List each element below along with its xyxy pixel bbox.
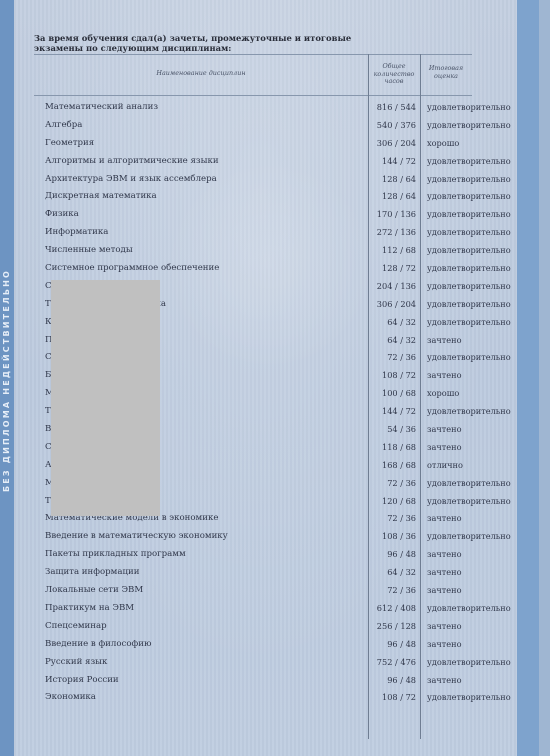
hours-value: 306 / 204: [370, 299, 416, 309]
grade-value: зачтено: [427, 675, 462, 685]
hours-value: 72 / 36: [370, 478, 416, 488]
table-row: Физика170 / 136удовлетворительно: [0, 206, 550, 224]
table-header-border: [34, 95, 472, 96]
hours-value: 204 / 136: [370, 281, 416, 291]
hours-value: 128 / 64: [370, 191, 416, 201]
hours-value: 540 / 376: [370, 120, 416, 130]
discipline-name: Информатика: [45, 227, 108, 237]
grade-value: зачтено: [427, 585, 462, 595]
table-row: Алгоритмы и алгоритмические языки144 / 7…: [0, 153, 550, 171]
table-row: Экономика108 / 72удовлетворительно: [0, 689, 550, 707]
table-row: Системное программное обеспечение128 / 7…: [0, 260, 550, 278]
table-row: Информатика272 / 136удовлетворительно: [0, 224, 550, 242]
hours-value: 118 / 68: [370, 442, 416, 452]
header-discipline: Наименование дисциплин: [34, 70, 368, 78]
table-row: Математический анализ816 / 544удовлетвор…: [0, 99, 550, 117]
grade-value: удовлетворительно: [427, 657, 511, 667]
header-grade: Итоговая оценка: [420, 65, 472, 80]
hours-value: 112 / 68: [370, 245, 416, 255]
grade-value: удовлетворительно: [427, 496, 511, 506]
hours-value: 168 / 68: [370, 460, 416, 470]
hours-value: 72 / 36: [370, 585, 416, 595]
discipline-name: Системное программное обеспечение: [45, 263, 219, 273]
grade-value: удовлетворительно: [427, 120, 511, 130]
hours-value: 100 / 68: [370, 388, 416, 398]
grade-value: удовлетворительно: [427, 692, 511, 702]
table-row: Русский язык752 / 476удовлетворительно: [0, 654, 550, 672]
hours-value: 816 / 544: [370, 102, 416, 112]
hours-value: 96 / 48: [370, 639, 416, 649]
table-row: Спецсеминар256 / 128зачтено: [0, 618, 550, 636]
discipline-name: Алгебра: [45, 120, 82, 130]
hours-value: 144 / 72: [370, 406, 416, 416]
grade-value: удовлетворительно: [427, 352, 511, 362]
discipline-name: Численные методы: [45, 245, 133, 255]
grade-value: отлично: [427, 460, 463, 470]
hours-value: 108 / 72: [370, 370, 416, 380]
hours-value: 144 / 72: [370, 156, 416, 166]
discipline-name: Физика: [45, 209, 79, 219]
discipline-name: Спецсеминар: [45, 621, 107, 631]
grade-value: зачтено: [427, 639, 462, 649]
hours-value: 64 / 32: [370, 317, 416, 327]
hours-value: 752 / 476: [370, 657, 416, 667]
intro-text: За время обучения сдал(а) зачеты, промеж…: [34, 33, 364, 53]
discipline-name: Т: [45, 496, 51, 506]
grade-value: удовлетворительно: [427, 227, 511, 237]
grade-value: удовлетворительно: [427, 478, 511, 488]
grade-value: удовлетворительно: [427, 603, 511, 613]
hours-value: 108 / 36: [370, 531, 416, 541]
hours-value: 64 / 32: [370, 335, 416, 345]
grade-value: зачтено: [427, 621, 462, 631]
table-row: Введение в математическую экономику108 /…: [0, 528, 550, 546]
hours-value: 96 / 48: [370, 675, 416, 685]
header-hours: Общее количество часов: [368, 63, 420, 86]
hours-value: 108 / 72: [370, 692, 416, 702]
discipline-name: Архитектура ЭВМ и язык ассемблера: [45, 174, 217, 184]
discipline-name: Математический анализ: [45, 102, 158, 112]
hours-value: 170 / 136: [370, 209, 416, 219]
table-row: Введение в философию96 / 48зачтено: [0, 636, 550, 654]
table-row: Архитектура ЭВМ и язык ассемблера128 / 6…: [0, 171, 550, 189]
hours-value: 272 / 136: [370, 227, 416, 237]
hours-value: 72 / 36: [370, 513, 416, 523]
grade-value: удовлетворительно: [427, 156, 511, 166]
grade-value: удовлетворительно: [427, 317, 511, 327]
hours-value: 96 / 48: [370, 549, 416, 559]
discipline-name: Введение в философию: [45, 639, 151, 649]
grade-value: удовлетворительно: [427, 531, 511, 541]
grade-value: зачтено: [427, 549, 462, 559]
discipline-name: Алгоритмы и алгоритмические языки: [45, 156, 219, 166]
grade-value: удовлетворительно: [427, 174, 511, 184]
grade-value: зачтено: [427, 370, 462, 380]
table-row: Дискретная математика128 / 64удовлетвори…: [0, 188, 550, 206]
discipline-name: Экономика: [45, 692, 96, 702]
grade-value: удовлетворительно: [427, 209, 511, 219]
grade-value: удовлетворительно: [427, 102, 511, 112]
hours-value: 128 / 64: [370, 174, 416, 184]
grade-value: зачтено: [427, 442, 462, 452]
grade-value: хорошо: [427, 138, 459, 148]
grade-value: зачтено: [427, 424, 462, 434]
grade-value: удовлетворительно: [427, 406, 511, 416]
hours-value: 128 / 72: [370, 263, 416, 273]
hours-value: 72 / 36: [370, 352, 416, 362]
grade-value: зачтено: [427, 567, 462, 577]
table-top-border: [34, 54, 472, 55]
grade-value: удовлетворительно: [427, 191, 511, 201]
discipline-name: Практикум на ЭВМ: [45, 603, 134, 613]
hours-value: 54 / 36: [370, 424, 416, 434]
table-row: История России96 / 48зачтено: [0, 672, 550, 690]
hours-value: 120 / 68: [370, 496, 416, 506]
hours-value: 612 / 408: [370, 603, 416, 613]
grade-value: удовлетворительно: [427, 281, 511, 291]
discipline-name: История России: [45, 675, 119, 685]
hours-value: 64 / 32: [370, 567, 416, 577]
table-row: Численные методы112 / 68удовлетворительн…: [0, 242, 550, 260]
grade-value: зачтено: [427, 513, 462, 523]
hours-value: 306 / 204: [370, 138, 416, 148]
discipline-name: Введение в математическую экономику: [45, 531, 228, 541]
grade-value: удовлетворительно: [427, 263, 511, 273]
table-row: Защита информации64 / 32зачтено: [0, 564, 550, 582]
discipline-name: Локальные сети ЭВМ: [45, 585, 143, 595]
discipline-name: Пакеты прикладных программ: [45, 549, 186, 559]
table-row: Пакеты прикладных программ96 / 48зачтено: [0, 546, 550, 564]
table-row: Практикум на ЭВМ612 / 408удовлетворитель…: [0, 600, 550, 618]
grade-value: удовлетворительно: [427, 245, 511, 255]
table-row: Алгебра540 / 376удовлетворительно: [0, 117, 550, 135]
grade-value: удовлетворительно: [427, 299, 511, 309]
table-row: Локальные сети ЭВМ72 / 36зачтено: [0, 582, 550, 600]
table-row: Геометрия306 / 204хорошо: [0, 135, 550, 153]
discipline-name: Защита информации: [45, 567, 139, 577]
grade-value: хорошо: [427, 388, 459, 398]
discipline-name: Геометрия: [45, 138, 94, 148]
hours-value: 256 / 128: [370, 621, 416, 631]
grade-value: зачтено: [427, 335, 462, 345]
discipline-name: Русский язык: [45, 657, 107, 667]
redaction-box: [51, 280, 160, 516]
discipline-name: Дискретная математика: [45, 191, 157, 201]
